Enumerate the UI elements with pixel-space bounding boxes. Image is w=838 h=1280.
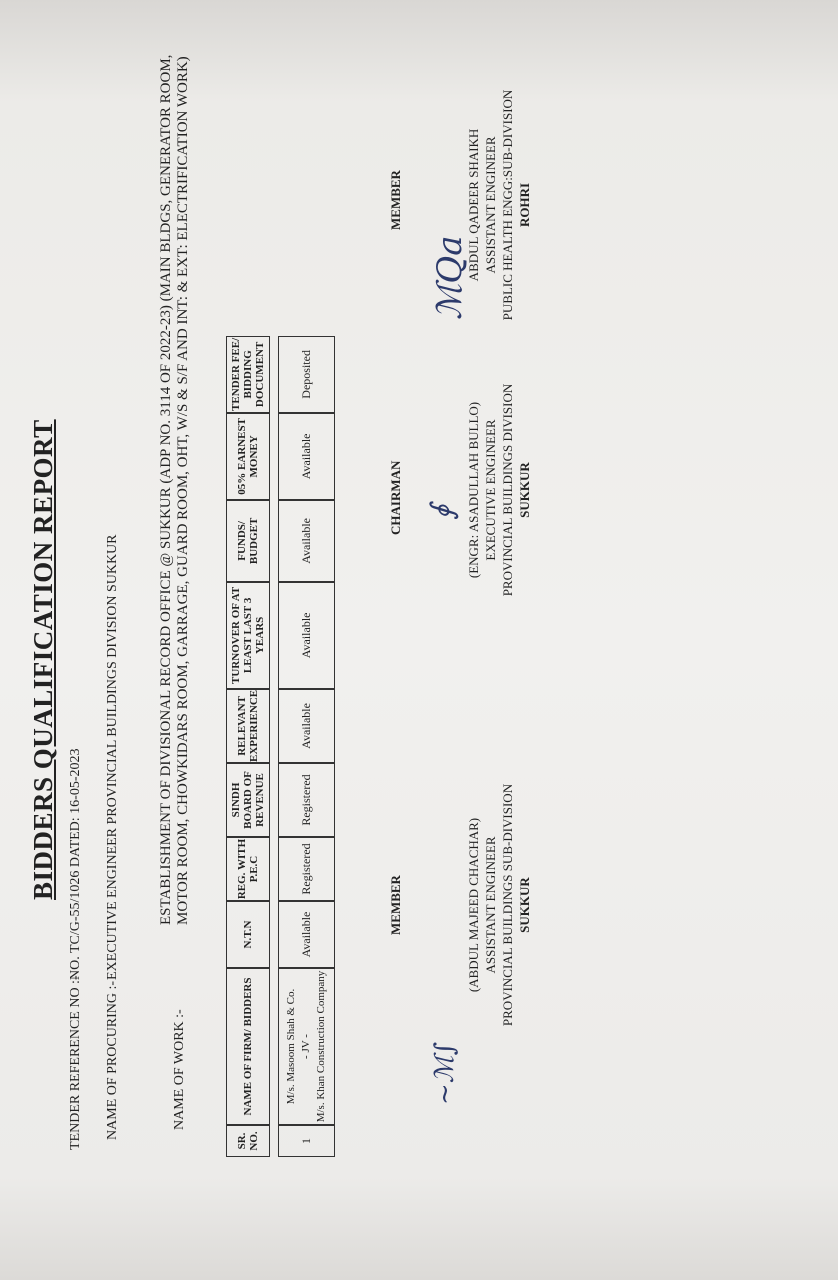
firm-line-1: M/s. Masoom Shah & Co. bbox=[284, 969, 299, 1124]
header-firm: NAME OF FIRM/ BIDDERS bbox=[226, 968, 270, 1125]
signatory-2: (ENGR: ASADULLAH BULLO) EXECUTIVE ENGINE… bbox=[465, 340, 533, 640]
member-1-role: MEMBER bbox=[388, 875, 404, 935]
signatory-3: ABDUL QADEER SHAIKH ASSISTANT ENGINEER P… bbox=[465, 45, 533, 365]
report-title: BIDDERS QUALIFICATION REPORT bbox=[28, 419, 59, 900]
tender-ref-value: NO. TC/G-55/1026 DATED: 16-05-2023 bbox=[68, 748, 84, 980]
header-experience: RELEVANT EXPERIENCE bbox=[226, 689, 270, 763]
table-row: 1 M/s. Masoom Shah & Co. - JV - M/s. Kha… bbox=[278, 336, 335, 1157]
procuring-label: NAME OF PROCURING :- bbox=[105, 981, 121, 1140]
cell-turnover: Available bbox=[278, 582, 335, 689]
cell-firm: M/s. Masoom Shah & Co. - JV - M/s. Khan … bbox=[278, 968, 335, 1125]
header-earnest: 05% EARNEST MONEY bbox=[226, 413, 270, 500]
signatory-2-title: EXECUTIVE ENGINEER bbox=[482, 340, 499, 640]
header-funds: FUNDS/ BUDGET bbox=[226, 500, 270, 582]
signatory-2-office: PROVINCIAL BUILDINGS DIVISION bbox=[499, 340, 516, 640]
firm-line-3: M/s. Khan Construction Company bbox=[314, 969, 329, 1124]
cell-funds: Available bbox=[278, 500, 335, 582]
chairman-role: CHAIRMAN bbox=[388, 461, 404, 535]
signature-3-icon: ℳQa bbox=[430, 235, 470, 320]
document-page: BIDDERS QUALIFICATION REPORT TENDER REFE… bbox=[0, 0, 838, 1280]
signatory-1-office: PROVINCIAL BUILDINGS SUB-DIVISION bbox=[499, 745, 516, 1065]
work-label: NAME OF WORK :- bbox=[172, 1009, 188, 1130]
signatory-1: (ABDUL MAJEED CHACHAR) ASSISTANT ENGINEE… bbox=[465, 745, 533, 1065]
header-turnover: TURNOVER OF AT LEAST LAST 3 YEARS bbox=[226, 582, 270, 689]
header-pec: REG. WITH P.E.C bbox=[226, 837, 270, 901]
cell-sbr: Registered bbox=[278, 763, 335, 837]
signatory-2-place: SUKKUR bbox=[516, 340, 533, 640]
header-sr: SR. NO. bbox=[226, 1125, 270, 1157]
header-ntn: N.T.N bbox=[226, 901, 270, 968]
header-fee: TENDER FEE/ BIDDING DOCUMENT bbox=[226, 336, 270, 413]
cell-earnest: Available bbox=[278, 413, 335, 500]
cell-fee: Deposited bbox=[278, 336, 335, 413]
signatory-1-title: ASSISTANT ENGINEER bbox=[482, 745, 499, 1065]
signatory-3-name: ABDUL QADEER SHAIKH bbox=[465, 45, 482, 365]
cell-experience: Available bbox=[278, 689, 335, 763]
bidders-table: SR. NO. NAME OF FIRM/ BIDDERS N.T.N REG.… bbox=[226, 336, 335, 1157]
signatory-3-title: ASSISTANT ENGINEER bbox=[482, 45, 499, 365]
member-2-role: MEMBER bbox=[388, 170, 404, 230]
header-sbr: SINDH BOARD OF REVENUE bbox=[226, 763, 270, 837]
cell-sr: 1 bbox=[278, 1125, 335, 1157]
signatory-2-name: (ENGR: ASADULLAH BULLO) bbox=[465, 340, 482, 640]
signatory-1-name: (ABDUL MAJEED CHACHAR) bbox=[465, 745, 482, 1065]
work-value: ESTABLISHMENT OF DIVISIONAL RECORD OFFIC… bbox=[158, 25, 192, 925]
signatory-1-place: SUKKUR bbox=[516, 745, 533, 1065]
cell-ntn: Available bbox=[278, 901, 335, 968]
signature-2-icon: ∮ bbox=[425, 504, 460, 520]
signatory-3-place: ROHRI bbox=[516, 45, 533, 365]
signatory-3-office: PUBLIC HEALTH ENGG:SUB-DIVISION bbox=[499, 45, 516, 365]
tender-ref-label: TENDER REFERENCE NO :- bbox=[68, 975, 84, 1150]
table-header-row: SR. NO. NAME OF FIRM/ BIDDERS N.T.N REG.… bbox=[226, 336, 270, 1157]
cell-pec: Registered bbox=[278, 837, 335, 901]
firm-line-2: - JV - bbox=[299, 969, 314, 1124]
signature-1-icon: ~ℳ∫ bbox=[430, 1042, 460, 1105]
procuring-value: EXECUTIVE ENGINEER PROVINCIAL BUILDINGS … bbox=[105, 534, 121, 980]
